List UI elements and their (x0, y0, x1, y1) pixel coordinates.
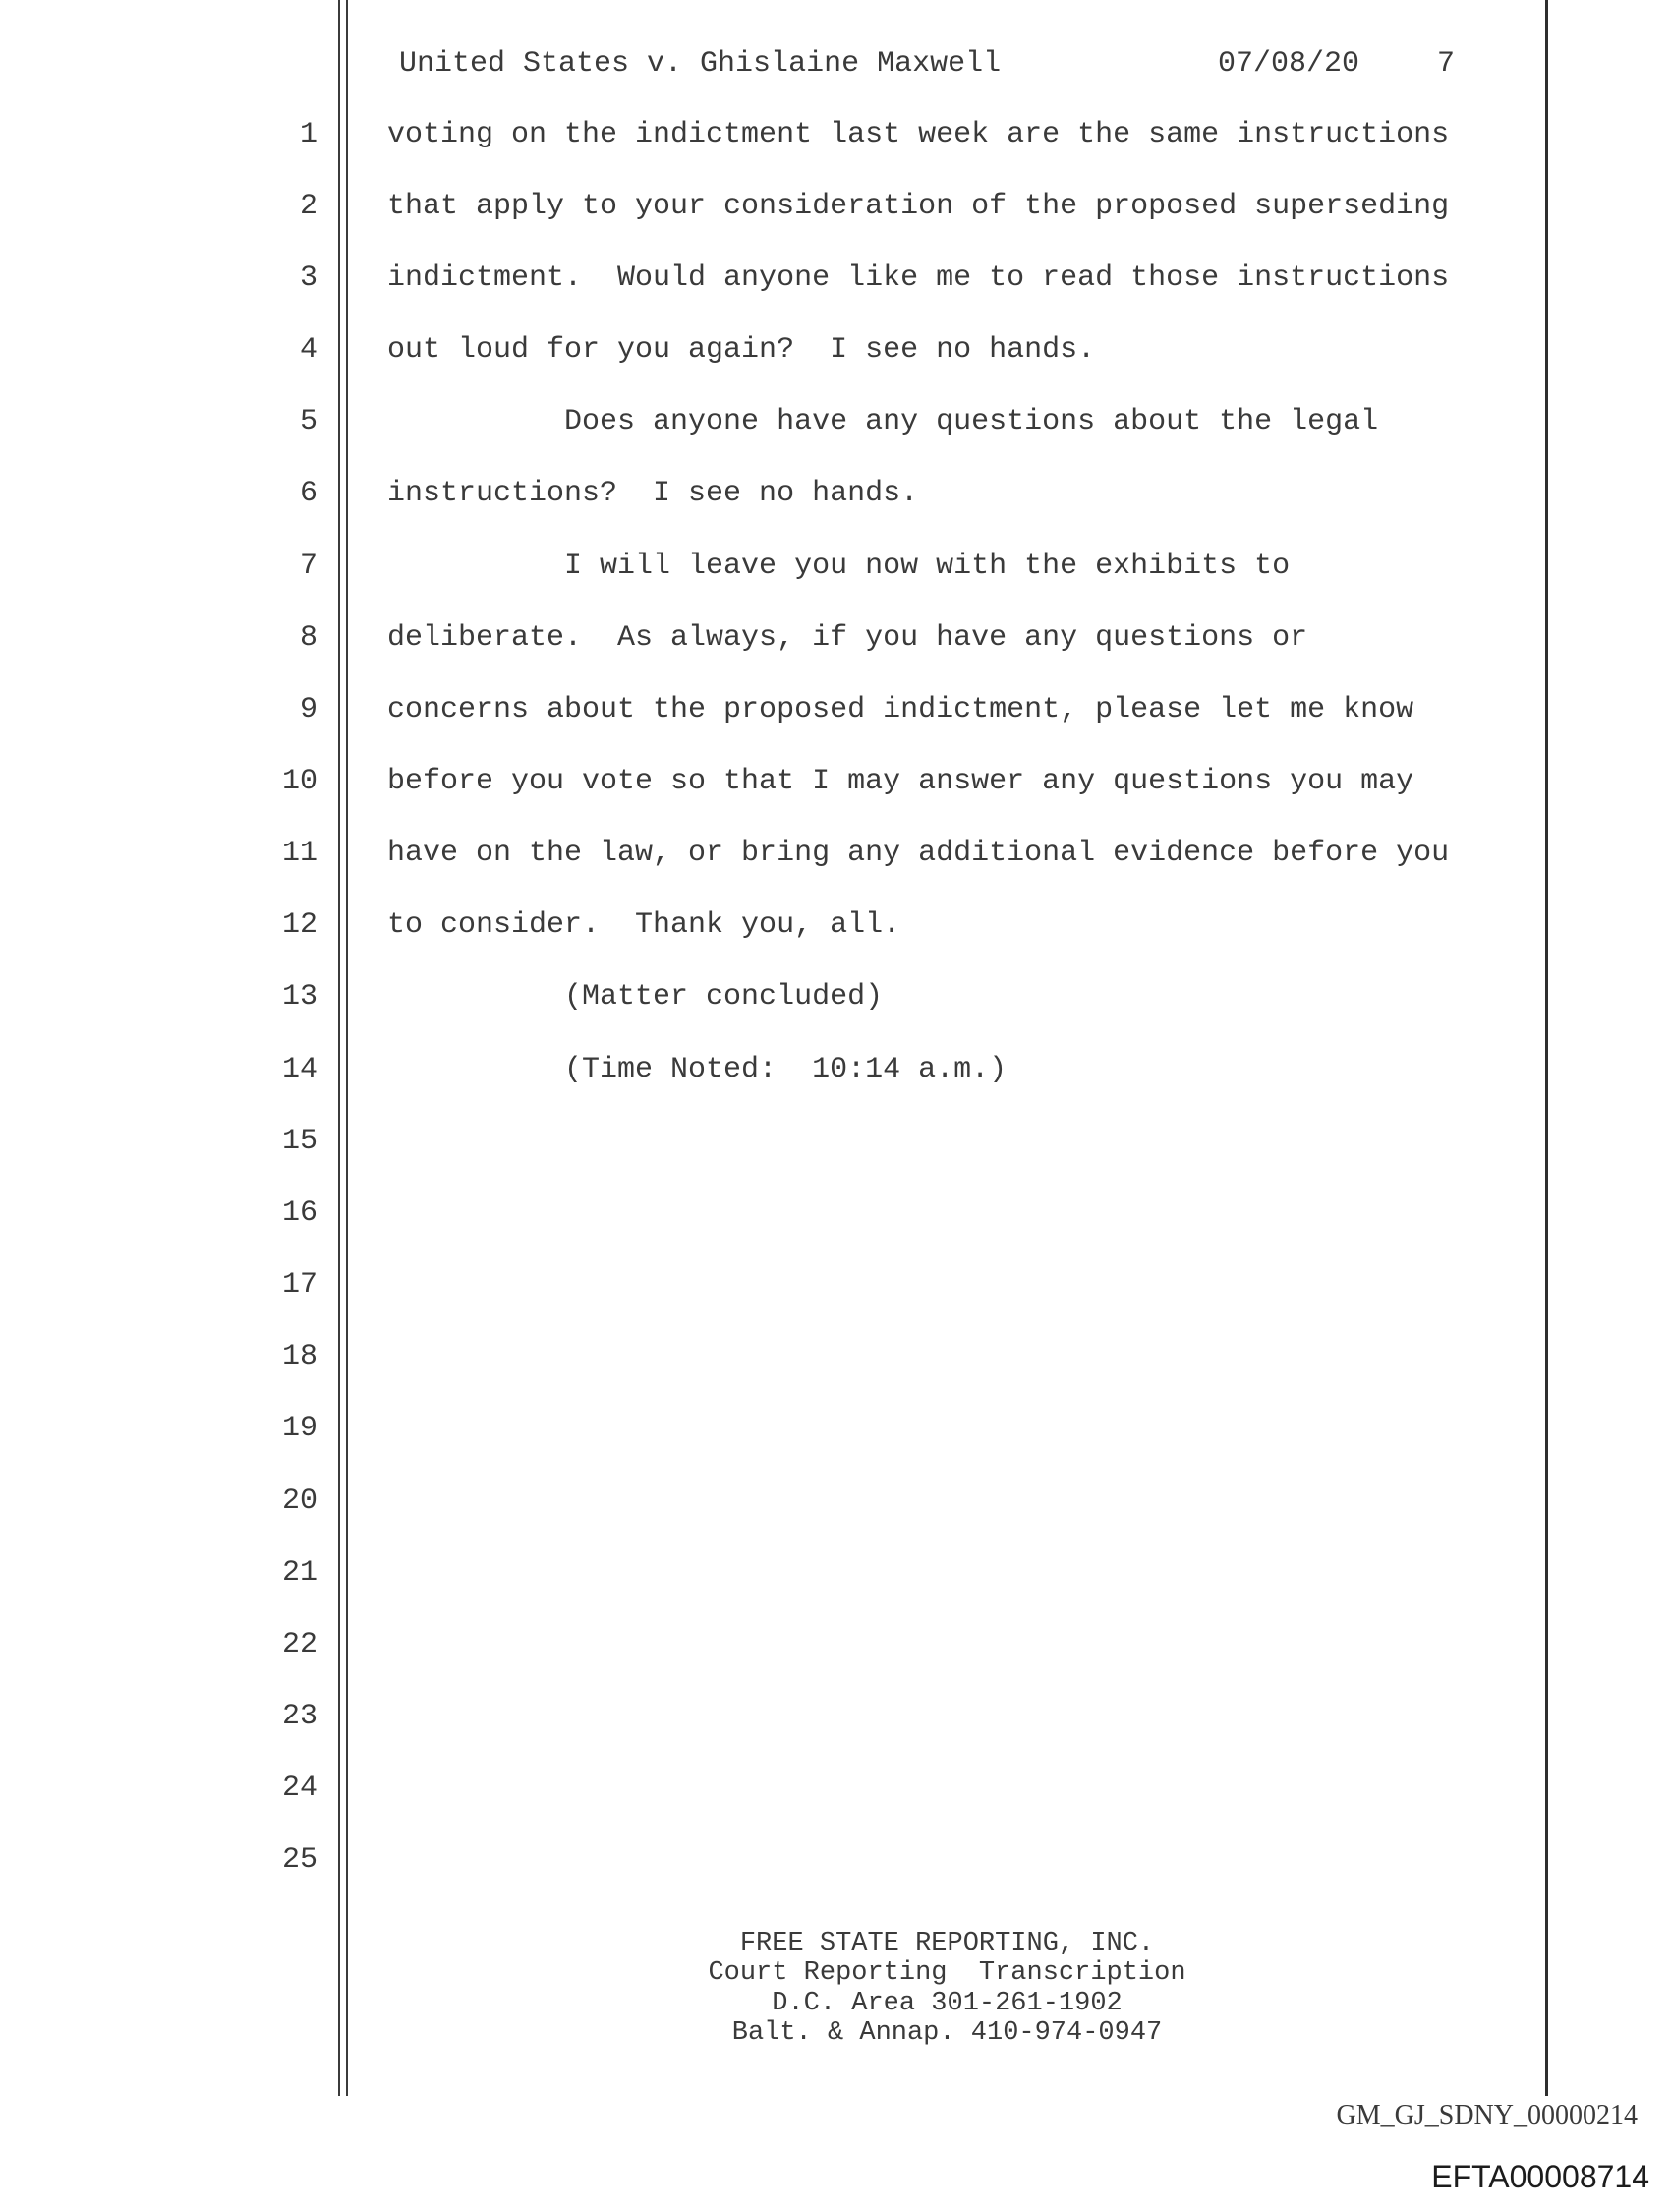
line-text: I will leave you now with the exhibits t… (387, 550, 1290, 583)
line-text: concerns about the proposed indictment, … (387, 693, 1413, 727)
line-number: 24 (0, 1772, 317, 1805)
transcript-body: 1voting on the indictment last week are … (0, 98, 1671, 1896)
footer-services: Court Reporting Transcription (349, 1958, 1545, 1988)
transcript-line: 18 (0, 1321, 1671, 1393)
line-text: to consider. Thank you, all. (387, 908, 900, 942)
transcript-line: 14 (Time Noted: 10:14 a.m.) (0, 1033, 1671, 1105)
line-number: 21 (0, 1556, 317, 1590)
transcript-line: 9concerns about the proposed indictment,… (0, 673, 1671, 745)
line-number: 5 (0, 405, 317, 438)
transcript-line: 13 (Matter concluded) (0, 961, 1671, 1033)
footer-dc-phone: D.C. Area 301-261-1902 (349, 1989, 1545, 2018)
line-text: (Matter concluded) (387, 980, 883, 1014)
line-number: 23 (0, 1700, 317, 1733)
line-number: 4 (0, 333, 317, 367)
bates-number-gj: GM_GJ_SDNY_00000214 (1337, 2100, 1638, 2131)
line-text: indictment. Would anyone like me to read… (387, 262, 1449, 295)
transcript-line: 16 (0, 1177, 1671, 1249)
transcript-line: 10before you vote so that I may answer a… (0, 745, 1671, 817)
footer-company: FREE STATE REPORTING, INC. (349, 1929, 1545, 1958)
line-number: 20 (0, 1484, 317, 1518)
line-number: 18 (0, 1340, 317, 1373)
line-text: instructions? I see no hands. (387, 477, 918, 510)
line-number: 6 (0, 477, 317, 510)
line-number: 10 (0, 765, 317, 798)
line-number: 13 (0, 980, 317, 1014)
line-number: 11 (0, 837, 317, 870)
line-text: (Time Noted: 10:14 a.m.) (387, 1053, 1007, 1086)
transcript-line: 6instructions? I see no hands. (0, 458, 1671, 530)
line-text: that apply to your consideration of the … (387, 190, 1449, 223)
transcript-line: 15 (0, 1105, 1671, 1177)
line-number: 7 (0, 550, 317, 583)
transcript-line: 2that apply to your consideration of the… (0, 170, 1671, 242)
transcript-line: 24 (0, 1753, 1671, 1825)
line-number: 17 (0, 1268, 317, 1302)
line-number: 19 (0, 1412, 317, 1445)
line-text: have on the law, or bring any additional… (387, 837, 1449, 870)
line-number: 22 (0, 1628, 317, 1661)
transcript-line: 3indictment. Would anyone like me to rea… (0, 242, 1671, 314)
bates-number-efta: EFTA00008714 (1431, 2159, 1649, 2195)
line-number: 15 (0, 1125, 317, 1158)
line-text: out loud for you again? I see no hands. (387, 333, 1095, 367)
line-text: Does anyone have any questions about the… (387, 405, 1378, 438)
line-number: 1 (0, 118, 317, 151)
transcript-line: 25 (0, 1825, 1671, 1896)
footer-balt-phone: Balt. & Annap. 410-974-0947 (349, 2018, 1545, 2048)
line-number: 14 (0, 1053, 317, 1086)
transcript-line: 19 (0, 1393, 1671, 1465)
transcript-line: 1voting on the indictment last week are … (0, 98, 1671, 170)
transcript-line: 11have on the law, or bring any addition… (0, 818, 1671, 890)
line-text: deliberate. As always, if you have any q… (387, 621, 1307, 655)
case-caption: United States v. Ghislaine Maxwell (399, 47, 1001, 81)
line-number: 3 (0, 262, 317, 295)
line-number: 9 (0, 693, 317, 727)
line-number: 25 (0, 1843, 317, 1877)
transcript-line: 7 I will leave you now with the exhibits… (0, 530, 1671, 602)
transcript-line: 8deliberate. As always, if you have any … (0, 602, 1671, 673)
transcript-line: 20 (0, 1465, 1671, 1537)
reporter-footer: FREE STATE REPORTING, INC. Court Reporti… (349, 1929, 1545, 2048)
transcript-page: United States v. Ghislaine Maxwell 07/08… (0, 0, 1671, 2212)
line-number: 8 (0, 621, 317, 655)
page-number: 7 (1437, 47, 1455, 81)
transcript-line: 17 (0, 1250, 1671, 1321)
line-text: before you vote so that I may answer any… (387, 765, 1413, 798)
transcript-line: 22 (0, 1608, 1671, 1680)
transcript-line: 21 (0, 1537, 1671, 1608)
transcript-line: 12to consider. Thank you, all. (0, 890, 1671, 961)
transcript-line: 5 Does anyone have any questions about t… (0, 386, 1671, 458)
line-number: 16 (0, 1196, 317, 1230)
line-number: 12 (0, 908, 317, 942)
line-text: voting on the indictment last week are t… (387, 118, 1449, 151)
hearing-date: 07/08/20 (1218, 47, 1359, 81)
transcript-line: 4out loud for you again? I see no hands. (0, 314, 1671, 385)
transcript-line: 23 (0, 1680, 1671, 1752)
line-number: 2 (0, 190, 317, 223)
